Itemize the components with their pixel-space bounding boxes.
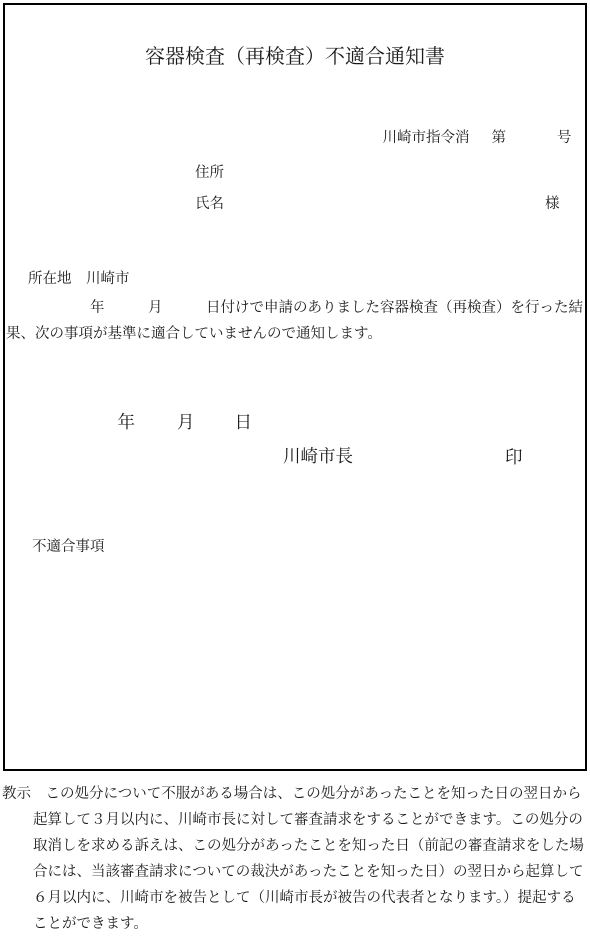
- doc-number-office: 川崎市指令消: [383, 130, 470, 146]
- date-year-label: 年: [118, 412, 136, 432]
- appeal-notice-line: 起算して３月以内に、川崎市長に対して審査請求をすることができます。この処分の: [33, 808, 583, 829]
- appeal-notice-line: ことができます。: [33, 912, 148, 933]
- doc-number-go: 号: [557, 130, 572, 146]
- issue-date-line: 年月日: [100, 390, 252, 456]
- appeal-notice-line: 合には、当該審査請求についての裁決があったことを知った日）の翌日から起算して: [33, 860, 584, 881]
- seal-mark: 印: [505, 447, 523, 469]
- date-month-label: 月: [177, 412, 195, 432]
- issuer-name: 川崎市長: [283, 446, 353, 468]
- body-line-1: 年 月 日付けで申請のありました容器検査（再検査）を行った結: [90, 299, 583, 317]
- location-line: 所在地 川崎市: [28, 270, 130, 288]
- appeal-notice-line: 教示 この処分について不服がある場合は、この処分があったことを知った日の翌日から: [2, 782, 582, 803]
- appeal-notice-line: ６月以内に、川崎市を被告として（川崎市長が被告の代表者となります。）提起する: [33, 886, 576, 907]
- doc-number-dai: 第: [492, 130, 507, 146]
- document-title: 容器検査（再検査）不適合通知書: [0, 40, 590, 69]
- honorific-sama: 様: [545, 195, 560, 213]
- name-label: 氏名: [195, 195, 224, 213]
- notification-document-page: 容器検査（再検査）不適合通知書 川崎市指令消第号 住所 氏名 様 所在地 川崎市…: [0, 0, 590, 936]
- appeal-notice-line: 取消しを求める訴えは、この処分があったことを知った日（前記の審査請求をした場: [33, 834, 584, 855]
- document-number-line: 川崎市指令消第号: [368, 111, 572, 165]
- address-label: 住所: [195, 164, 224, 182]
- body-line-2: 果、次の事項が基準に適合していませんので通知します。: [6, 325, 382, 343]
- nonconformity-section-label: 不適合事項: [32, 538, 105, 556]
- date-day-label: 日: [235, 412, 253, 432]
